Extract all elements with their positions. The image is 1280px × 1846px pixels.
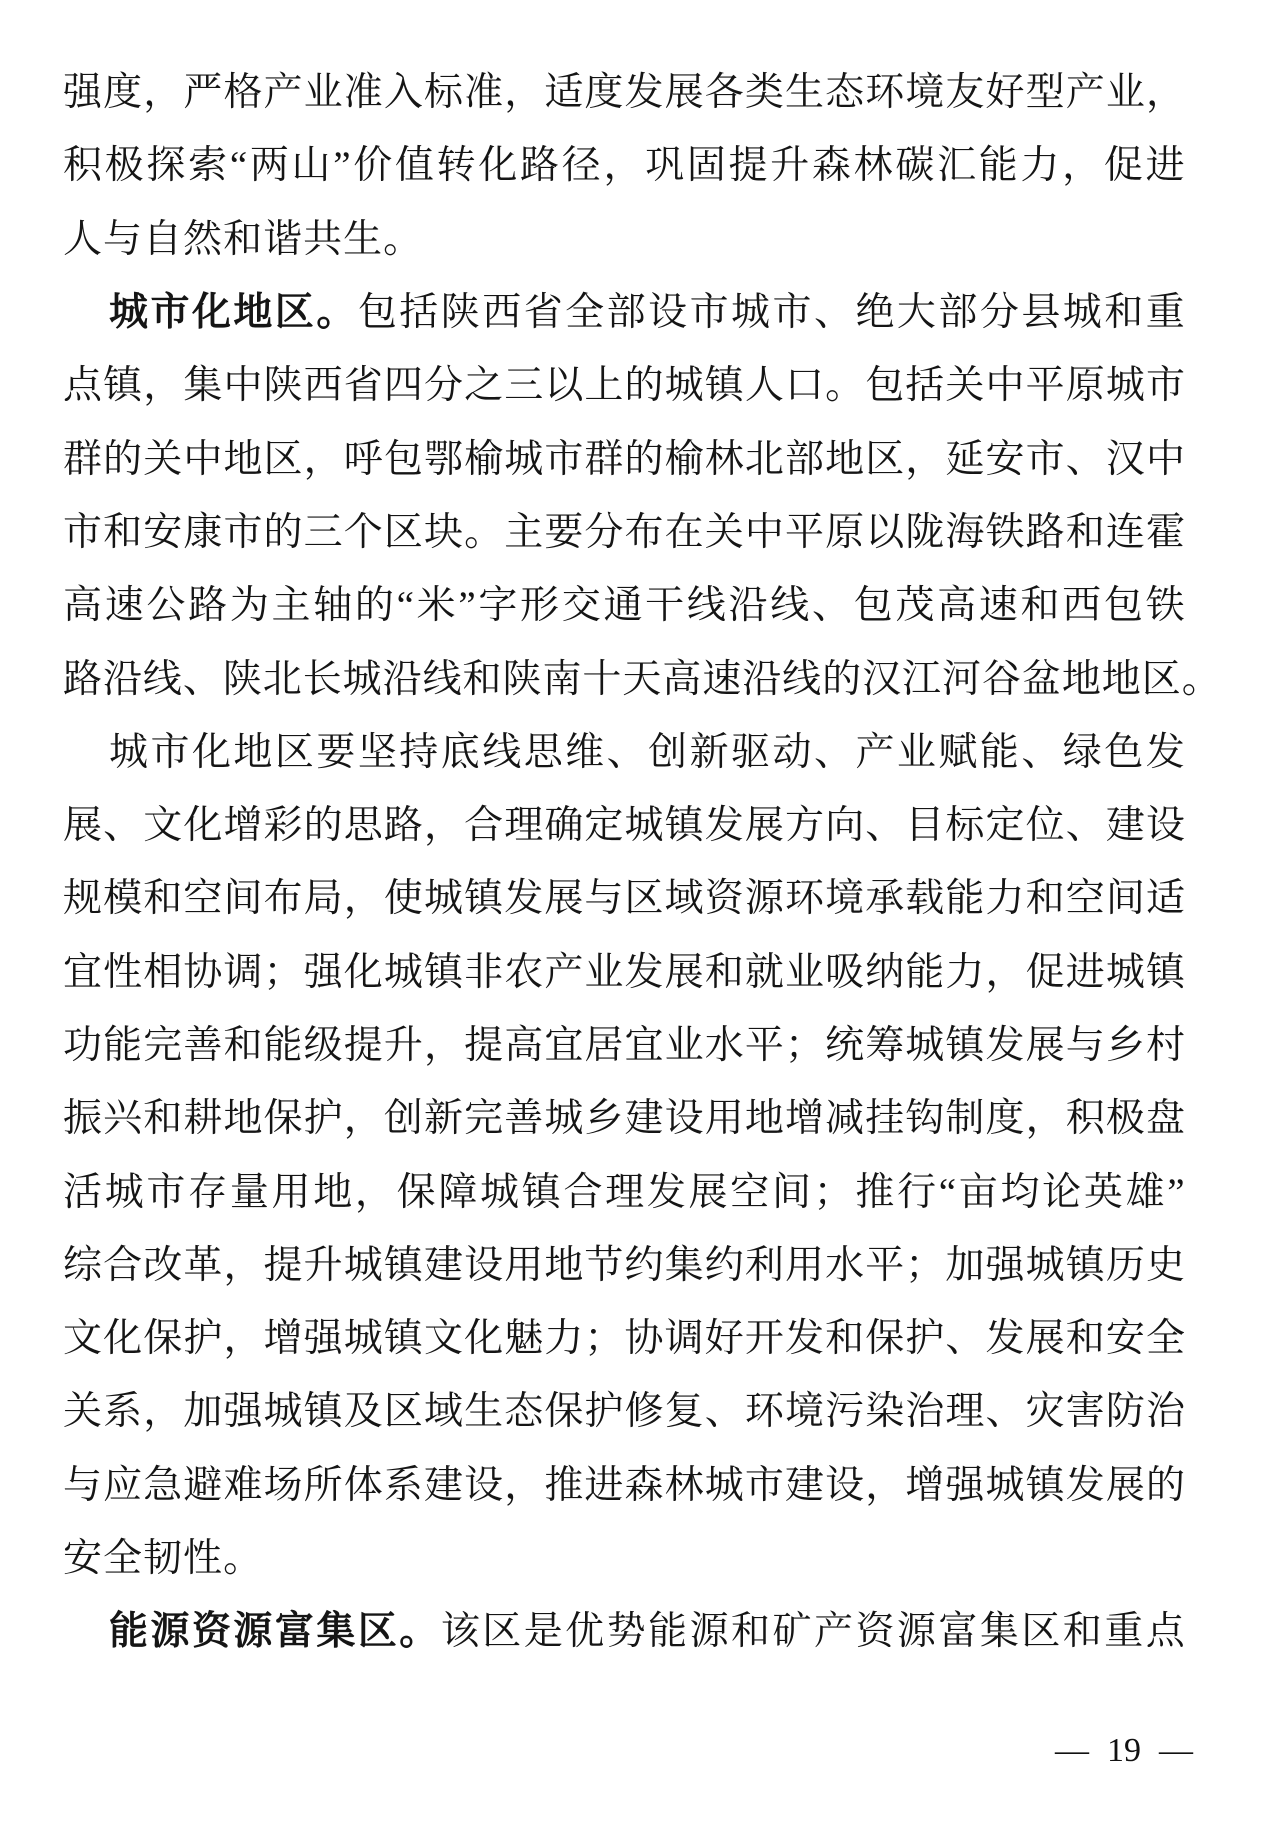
text-char: 定: [986, 806, 1025, 845]
text-char: 合: [563, 1173, 602, 1212]
text-char: 、: [814, 293, 853, 332]
text-char: 极: [1106, 1099, 1145, 1138]
text-char: 镇: [424, 953, 463, 992]
text-char: 钩: [905, 1099, 944, 1138]
text-char: 发: [504, 879, 543, 918]
text-char: 提: [729, 146, 768, 185]
text-char: 统: [825, 1026, 864, 1065]
text-char: 城: [343, 660, 382, 699]
text-line: 强度，严格产业准入标准，适度发展各类生态环境友好型产业，: [63, 56, 1185, 129]
text-char: 资: [855, 1612, 894, 1651]
text-char: ”: [333, 146, 350, 185]
text-char: 化: [192, 733, 231, 772]
text-char: 、: [1021, 733, 1060, 772]
text-char: 文: [143, 806, 182, 845]
text-char: 障: [438, 1173, 477, 1212]
text-char: 林: [854, 146, 893, 185]
text-char: 北: [745, 440, 784, 479]
text-char: 完: [143, 1026, 182, 1065]
text-char: 块: [424, 513, 463, 552]
text-char: 方: [785, 806, 824, 845]
text-char: 利: [745, 1246, 784, 1285]
text-char: 赋: [938, 733, 977, 772]
text-char: 和: [731, 1612, 770, 1651]
text-char: 汉: [1106, 440, 1145, 479]
text-char: 使: [384, 879, 423, 918]
text-char: 型: [1026, 73, 1065, 112]
text-char: 四: [384, 366, 423, 405]
text-char: 线: [482, 733, 521, 772]
footer-dash-left: —: [1055, 1727, 1089, 1775]
text-char: ；: [814, 1173, 853, 1212]
text-char: 城: [705, 1466, 744, 1505]
text-char: 线: [770, 586, 809, 625]
text-char: ，: [1146, 73, 1185, 112]
text-char: 友: [945, 73, 984, 112]
text-char: 行: [897, 1173, 936, 1212]
text-char: 护: [183, 1319, 222, 1358]
text-char: 三: [304, 513, 343, 552]
text-char: 均: [1000, 1173, 1039, 1212]
text-char: 用: [504, 1246, 543, 1285]
text-char: 目: [905, 806, 944, 845]
bold-text-char: 城: [109, 293, 148, 332]
text-char: “: [397, 586, 414, 625]
text-char: 展: [544, 879, 583, 918]
text-char: 陕: [502, 660, 541, 699]
text-char: 极: [105, 146, 144, 185]
text-char: 力: [945, 953, 984, 992]
text-char: 大: [897, 293, 936, 332]
text-char: 区: [275, 733, 314, 772]
text-char: 中: [1146, 440, 1185, 479]
text-char: 市: [690, 293, 729, 332]
text-char: 和: [1020, 586, 1059, 625]
text-char: 地: [223, 440, 262, 479]
text-char: ，: [504, 1466, 543, 1505]
text-char: 的: [1146, 1466, 1185, 1505]
text-char: 振: [63, 1099, 102, 1138]
text-char: 中: [183, 440, 222, 479]
text-char: 南: [542, 660, 581, 699]
text-char: 巩: [645, 146, 684, 185]
bold-text-char: 市: [150, 293, 189, 332]
text-char: 发: [647, 1173, 686, 1212]
text-char: ，: [1062, 146, 1101, 185]
text-char: 革: [183, 1246, 222, 1285]
text-char: 和: [143, 879, 182, 918]
text-char: 和: [103, 513, 142, 552]
bold-text-char: 。: [399, 1612, 438, 1651]
text-char: 十: [582, 660, 621, 699]
text-char: 区: [482, 1612, 521, 1651]
text-char: 雄: [1126, 1173, 1165, 1212]
text-char: 路: [384, 806, 423, 845]
text-char: 铁: [986, 513, 1025, 552]
text-char: 包: [865, 366, 904, 405]
text-char: 安: [1106, 1319, 1145, 1358]
text-char: 建: [424, 1246, 463, 1285]
text-char: 位: [1026, 806, 1065, 845]
text-char: 建: [1106, 806, 1145, 845]
text-char: 的: [822, 660, 861, 699]
text-char: 城: [344, 1246, 383, 1285]
text-char: 定: [584, 806, 623, 845]
text-char: 挂: [865, 1099, 904, 1138]
text-char: 吸: [825, 953, 864, 992]
text-char: 要: [544, 513, 583, 552]
text-char: 能: [648, 1612, 687, 1651]
text-char: 关: [143, 440, 182, 479]
text-char: 增: [905, 1466, 944, 1505]
text-line: 规模和空间布局，使城镇发展与区域资源环境承载能力和空间适: [63, 862, 1185, 935]
text-line: 振兴和耕地保护，创新完善城乡建设用地增减挂钩制度，积极盘: [63, 1082, 1185, 1155]
text-char: 陇: [905, 513, 944, 552]
text-char: 化: [183, 806, 222, 845]
text-char: 理: [945, 1392, 984, 1431]
bold-text-char: 。: [316, 293, 355, 332]
text-char: ，: [143, 366, 182, 405]
text-char: 节: [584, 1246, 623, 1285]
text-char: 协: [625, 1319, 664, 1358]
text-char: 论: [1042, 1173, 1081, 1212]
text-char: 省: [344, 366, 383, 405]
text-char: 包: [1104, 586, 1143, 625]
text-char: 字: [478, 586, 517, 625]
text-char: 榆: [464, 440, 503, 479]
text-char: 康: [183, 513, 222, 552]
text-char: 城: [424, 879, 463, 918]
text-char: 镇: [665, 806, 704, 845]
text-char: 保: [397, 1173, 436, 1212]
text-char: 化: [344, 953, 383, 992]
text-char: 该: [441, 1612, 480, 1651]
text-char: 人: [745, 366, 784, 405]
text-line: 关系，加强城镇及区域生态保护修复、环境污染治理、灾害防治: [63, 1375, 1185, 1448]
text-char: 与: [584, 879, 623, 918]
text-char: 促: [1026, 953, 1065, 992]
text-char: 城: [109, 733, 148, 772]
text-char: 及: [344, 1392, 383, 1431]
text-char: 增: [264, 1319, 303, 1358]
text-char: 公: [146, 586, 185, 625]
text-char: 区: [1142, 660, 1181, 699]
text-char: 部: [607, 293, 646, 332]
text-char: 高: [662, 660, 701, 699]
text-char: 增: [223, 806, 262, 845]
text-char: 用: [785, 1246, 824, 1285]
text-char: 线: [687, 586, 726, 625]
text-char: 沿: [729, 586, 768, 625]
text-char: 确: [544, 806, 583, 845]
text-char: 高: [504, 1026, 543, 1065]
text-char: 关: [63, 1392, 102, 1431]
text-char: 安: [143, 513, 182, 552]
text-char: 城: [665, 366, 704, 405]
text-char: 、: [607, 733, 646, 772]
text-char: 宜: [63, 953, 102, 992]
text-char: 高: [937, 586, 976, 625]
text-char: 协: [183, 953, 222, 992]
text-char: 驱: [731, 733, 770, 772]
text-char: 强: [945, 1466, 984, 1505]
text-char: 设: [464, 1246, 503, 1285]
text-char: 区: [625, 879, 664, 918]
text-char: 约: [705, 1246, 744, 1285]
text-char: 中: [745, 513, 784, 552]
text-char: 染: [865, 1392, 904, 1431]
text-char: 间: [772, 1173, 811, 1212]
text-char: 和: [1026, 879, 1065, 918]
text-char: 发: [1066, 1466, 1105, 1505]
text-char: 复: [665, 1392, 704, 1431]
text-char: 镇: [384, 1246, 423, 1285]
text-char: 市: [63, 513, 102, 552]
text-char: 森: [812, 146, 851, 185]
text-char: 能: [979, 146, 1018, 185]
text-char: 矿: [773, 1612, 812, 1651]
text-char: 镇: [1026, 1466, 1065, 1505]
text-char: 全: [1146, 1319, 1185, 1358]
text-char: 市: [1146, 366, 1185, 405]
text-char: 。: [383, 220, 423, 259]
text-char: 发: [705, 806, 744, 845]
text-char: 线: [143, 660, 182, 699]
text-char: 标: [424, 73, 463, 112]
text-char: 生: [464, 1392, 503, 1431]
text-char: 镇: [464, 879, 503, 918]
text-char: 人: [63, 220, 103, 259]
text-char: 业: [785, 953, 824, 992]
text-char: 乡: [584, 1099, 623, 1138]
text-char: 碳: [895, 146, 934, 185]
text-char: 持: [399, 733, 438, 772]
text-char: 理: [504, 806, 543, 845]
text-line: 文化保护，增强城镇文化魅力；协调好开发和保护、发展和安全: [63, 1302, 1185, 1375]
text-char: 关: [705, 513, 744, 552]
text-char: 空: [183, 879, 222, 918]
text-char: 市: [544, 440, 583, 479]
text-char: 城: [905, 1026, 944, 1065]
text-char: 发: [625, 953, 664, 992]
text-char: 推: [855, 1173, 894, 1212]
text-char: 群: [584, 440, 623, 479]
text-char: 模: [103, 879, 142, 918]
text-char: 产: [855, 733, 894, 772]
text-char: 口: [785, 366, 824, 405]
text-char: 源: [897, 1612, 936, 1651]
text-char: 地: [745, 1099, 784, 1138]
text-char: ，: [355, 1173, 394, 1212]
text-char: 防: [1106, 1392, 1145, 1431]
text-char: 轴: [313, 586, 352, 625]
text-char: 城: [625, 806, 664, 845]
text-char: 善: [183, 1026, 222, 1065]
text-char: 资: [705, 879, 744, 918]
text-char: 展: [745, 806, 784, 845]
text-char: 、: [1066, 440, 1105, 479]
text-char: 展: [665, 953, 704, 992]
text-char: 森: [625, 1466, 664, 1505]
text-char: 向: [825, 806, 864, 845]
text-char: 线: [782, 660, 821, 699]
text-char: 用: [272, 1173, 311, 1212]
text-char: 路: [63, 660, 102, 699]
text-char: 包: [358, 293, 397, 332]
text-char: 加: [945, 1246, 984, 1285]
text-char: 然: [183, 220, 223, 259]
text-char: 分: [584, 513, 623, 552]
text-char: 、: [705, 1392, 744, 1431]
text-char: 化: [464, 1319, 503, 1358]
text-char: 宜: [544, 1026, 583, 1065]
text-char: 速: [105, 586, 144, 625]
text-line: 高速公路为主轴的“米”字形交通干线沿线、包茂高速和西包铁: [63, 569, 1185, 642]
text-char: 鄂: [424, 440, 463, 479]
text-char: 和: [143, 1099, 182, 1138]
text-char: 升: [770, 146, 809, 185]
text-char: 入: [384, 73, 423, 112]
bold-text-char: 源: [233, 1612, 272, 1651]
text-char: 和: [825, 1319, 864, 1358]
text-char: 载: [905, 879, 944, 918]
text-char: 态: [504, 1392, 543, 1431]
text-char: 文: [424, 1319, 463, 1358]
text-char: 积: [1066, 1099, 1105, 1138]
text-char: 筹: [865, 1026, 904, 1065]
text-char: 地: [1102, 660, 1141, 699]
text-char: 固: [687, 146, 726, 185]
text-char: 发: [785, 1319, 824, 1358]
text-char: 性: [183, 1539, 223, 1578]
text-char: 体: [344, 1466, 383, 1505]
text-char: 和: [1066, 513, 1105, 552]
text-char: 空: [730, 1173, 769, 1212]
text-char: 护: [584, 1392, 623, 1431]
text-char: 平: [785, 513, 824, 552]
text-char: 地: [544, 1246, 583, 1285]
text-char: 域: [424, 1392, 463, 1431]
text-char: 设: [648, 293, 687, 332]
text-char: 城: [105, 1173, 144, 1212]
text-char: 北: [263, 660, 302, 699]
text-char: 、: [812, 586, 851, 625]
text-char: 村: [1146, 1026, 1185, 1065]
text-char: 点: [63, 366, 102, 405]
text-char: ，: [865, 1466, 904, 1505]
text-char: 思: [344, 806, 383, 845]
text-char: 集: [665, 1246, 704, 1285]
text-char: 规: [63, 879, 102, 918]
text-char: 、: [986, 1392, 1025, 1431]
text-char: 、: [183, 660, 222, 699]
text-char: 市: [745, 1466, 784, 1505]
text-char: ，: [223, 1319, 262, 1358]
text-line: 路沿线、陕北长城沿线和陕南十天高速沿线的汉江河谷盆地地区。: [63, 642, 1221, 715]
text-char: 、: [865, 806, 904, 845]
text-line: 市和安康市的三个区块。主要分布在关中平原以陇海铁路和连霍: [63, 496, 1185, 569]
text-char: 源: [745, 879, 784, 918]
text-char: 原: [1066, 366, 1105, 405]
text-char: 量: [230, 1173, 269, 1212]
text-char: 茂: [895, 586, 934, 625]
text-char: 个: [344, 513, 383, 552]
text-char: 探: [146, 146, 185, 185]
text-char: 活: [63, 1173, 102, 1212]
text-char: 谐: [263, 220, 303, 259]
text-char: “: [939, 1173, 956, 1212]
text-char: 能: [905, 953, 944, 992]
text-char: 促: [1104, 146, 1143, 185]
text-char: 主: [272, 586, 311, 625]
text-char: 间: [223, 879, 262, 918]
text-char: 江: [902, 660, 941, 699]
text-char: 韧: [143, 1539, 183, 1578]
text-char: 交: [562, 586, 601, 625]
text-char: 保: [865, 1319, 904, 1358]
text-char: 好: [986, 73, 1025, 112]
text-char: 部: [938, 293, 977, 332]
text-char: 度: [986, 1099, 1025, 1138]
text-char: 展: [1026, 1319, 1065, 1358]
text-char: 和: [1104, 293, 1143, 332]
text-char: 制: [945, 1099, 984, 1138]
text-char: 准: [464, 73, 503, 112]
text-char: 镇: [384, 1319, 423, 1358]
text-char: 市: [1026, 440, 1065, 479]
bold-text-char: 区: [358, 1612, 397, 1651]
text-line: 活城市存量用地，保障城镇合理发展空间；推行“亩均论英雄”: [63, 1155, 1185, 1228]
text-char: 和: [223, 1026, 262, 1065]
text-line: 点镇，集中陕西省四分之三以上的城镇人口。包括关中平原城市: [63, 349, 1185, 422]
text-char: 包: [854, 586, 893, 625]
text-line: 城市化地区要坚持底线思维、创新驱动、产业赋能、绿色发: [63, 716, 1185, 789]
text-char: 地: [1062, 660, 1101, 699]
text-char: 、: [103, 806, 142, 845]
text-char: ，: [143, 73, 182, 112]
text-char: ，: [504, 73, 543, 112]
bold-text-char: 化: [192, 293, 231, 332]
text-char: 乡: [1106, 1026, 1145, 1065]
text-char: 系: [103, 1392, 142, 1431]
text-char: 林: [705, 440, 744, 479]
text-char: 产: [1066, 73, 1105, 112]
text-char: 镇: [1066, 1246, 1105, 1285]
text-char: 城: [1063, 293, 1102, 332]
text-char: 好: [705, 1319, 744, 1358]
text-char: 。: [464, 513, 503, 552]
text-char: 应: [103, 1466, 142, 1505]
text-char: 产: [264, 73, 303, 112]
text-char: 三: [504, 366, 543, 405]
text-char: 市: [150, 733, 189, 772]
text-char: 居: [584, 1026, 623, 1065]
text-line: 安全韧性。: [63, 1522, 1185, 1595]
text-char: 英: [1084, 1173, 1123, 1212]
text-char: ，: [905, 440, 944, 479]
text-char: 力: [986, 879, 1025, 918]
text-char: 度: [103, 73, 142, 112]
text-char: 西: [482, 293, 521, 332]
text-char: 态: [825, 73, 864, 112]
text-char: 护: [905, 1319, 944, 1358]
text-char: 承: [865, 879, 904, 918]
text-char: 性: [103, 953, 142, 992]
text-char: 能: [980, 733, 1019, 772]
text-char: 避: [183, 1466, 222, 1505]
text-char: 保: [544, 1392, 583, 1431]
text-char: 提: [464, 1026, 503, 1065]
